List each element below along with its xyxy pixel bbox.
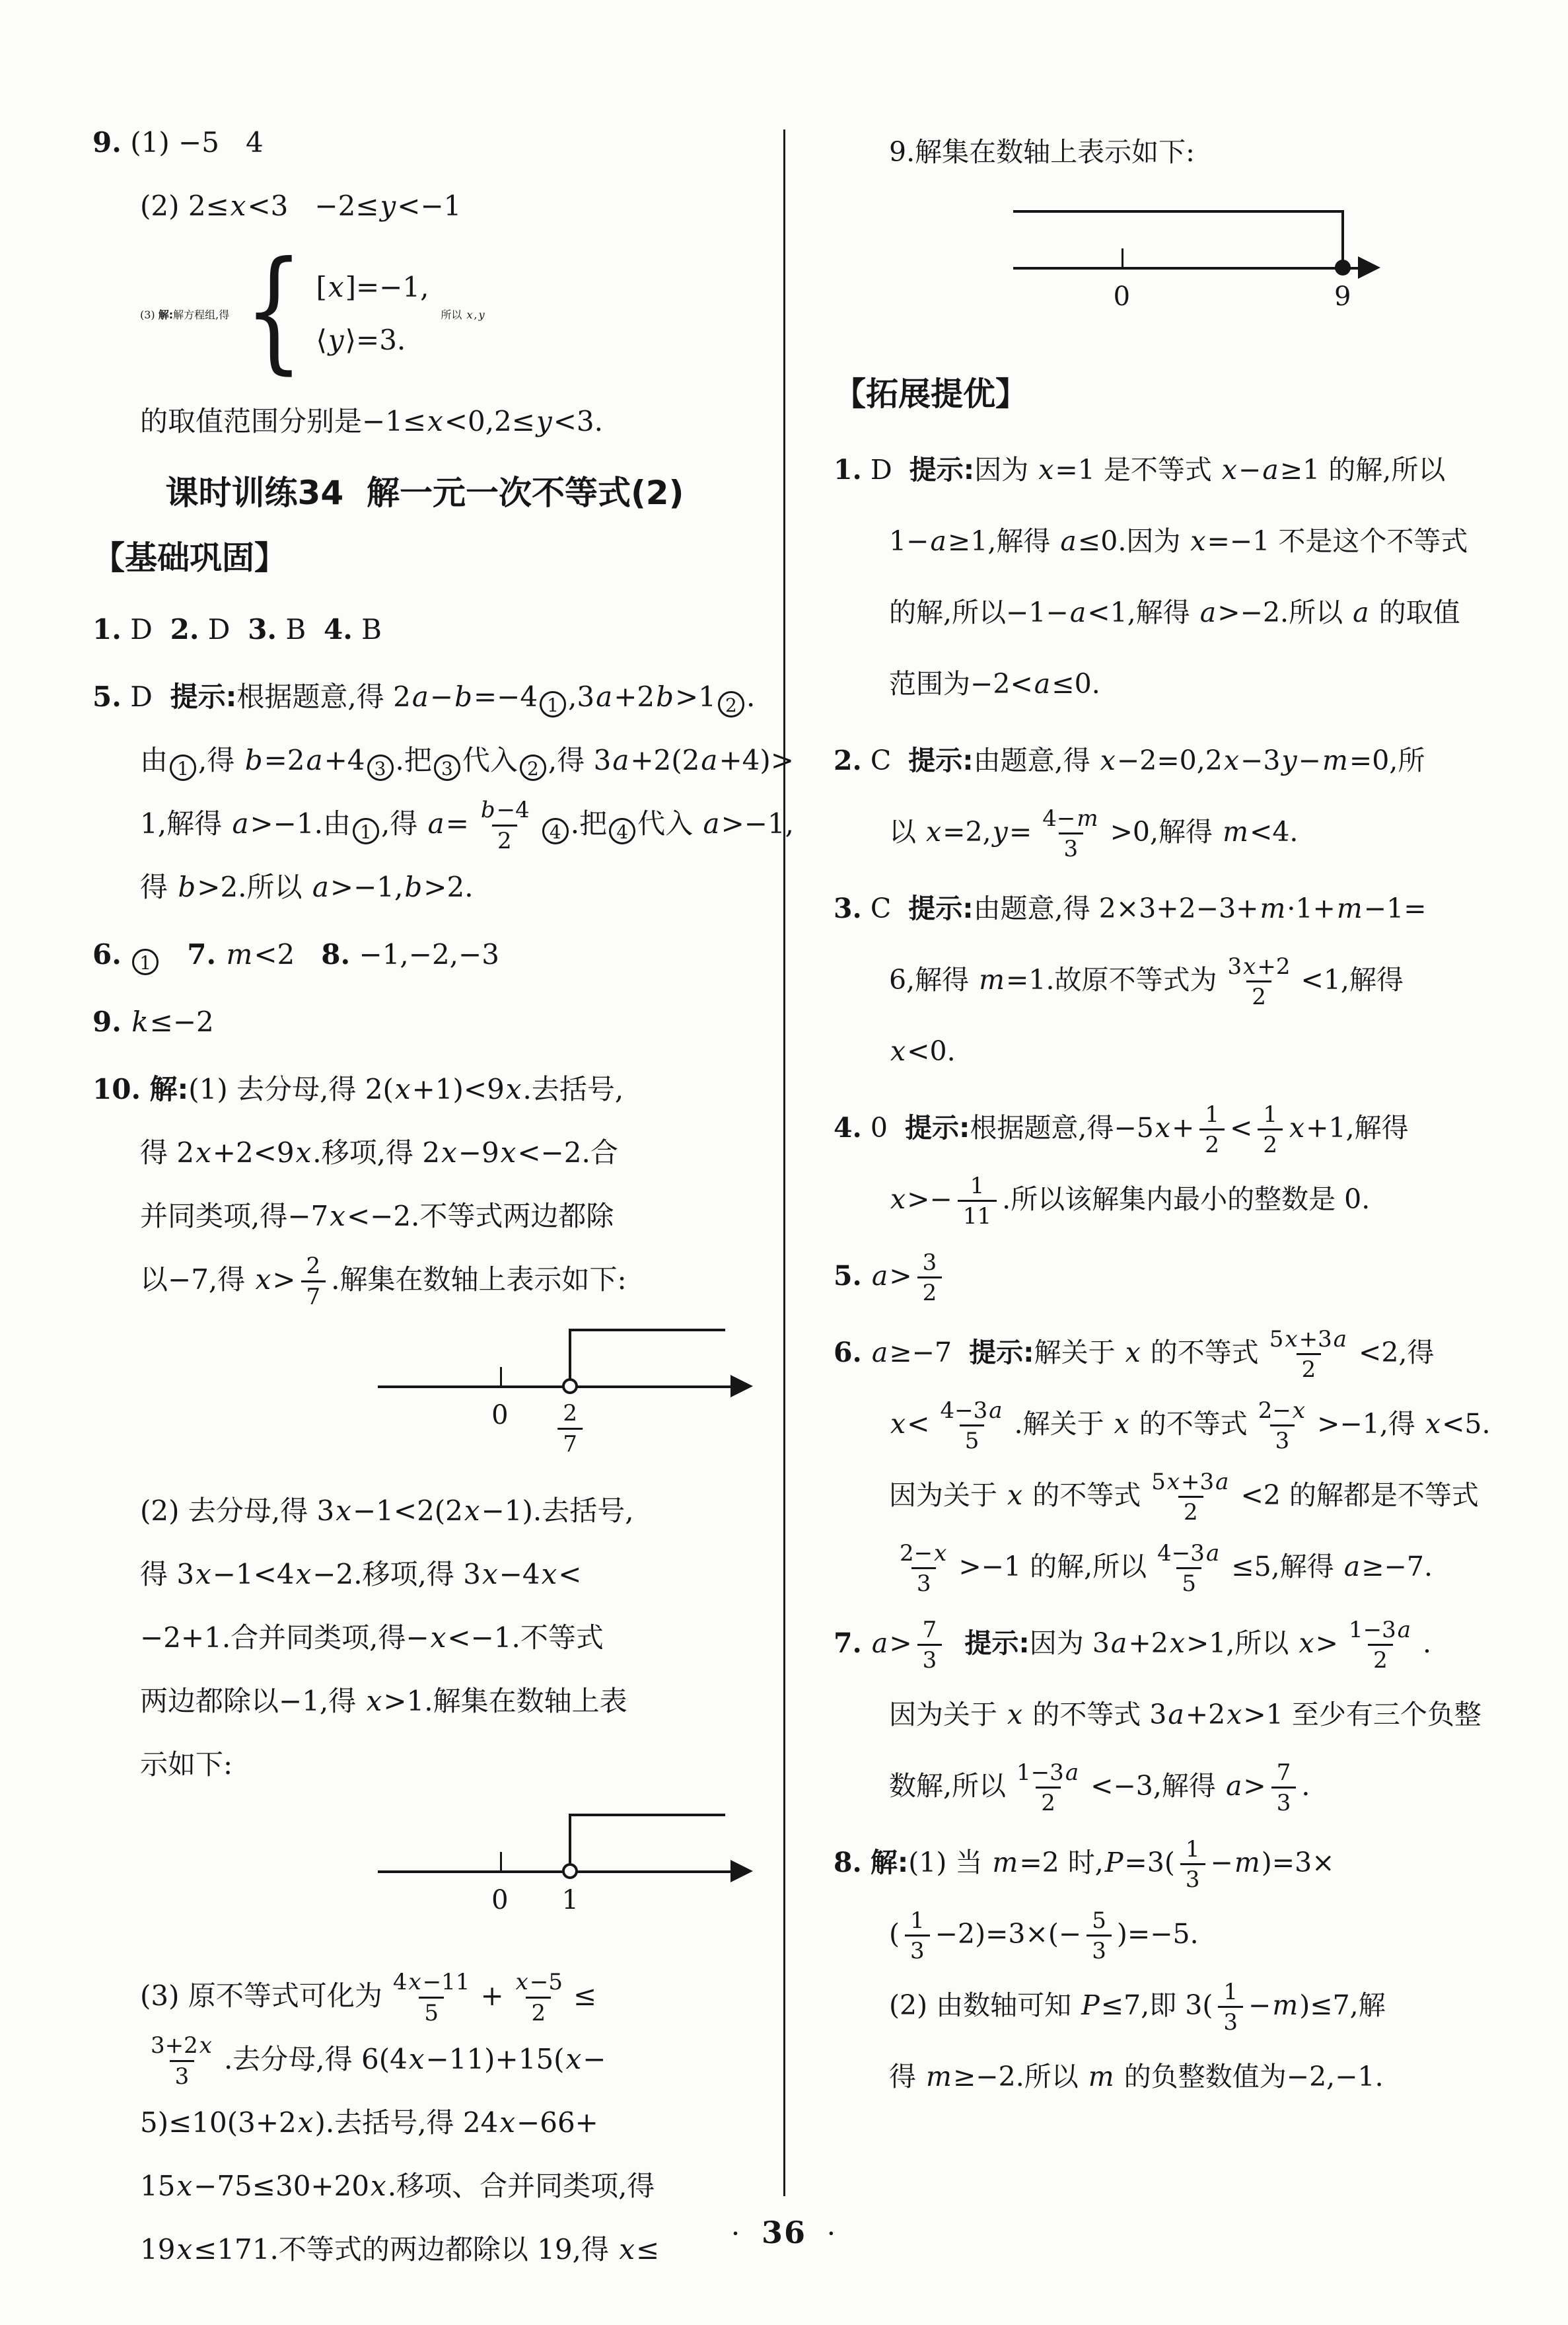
section-label-extension: 【拓展提优】 [834, 375, 1524, 414]
text-line: 1. D 2. D 3. B 4. B [140, 598, 757, 661]
circled-number: 1 [170, 755, 196, 781]
answers-6-8: 6. 1 7. m<2 8. −1,−2,−3 [92, 923, 757, 986]
text-line: 得 b>2.所以 a>−1,b>2. [140, 856, 757, 919]
tick-label: 0 [491, 1886, 508, 1914]
text-line: 由1,得 b=2a+43.把3代入2,得 3a+2(2a+4)> [140, 729, 757, 792]
fraction: 1−3a2 [1343, 1618, 1417, 1673]
fraction: 5x+3a2 [1146, 1470, 1235, 1525]
text-line: 并同类项,得−7x<−2.不等式两边都除 [140, 1185, 757, 1248]
text-line: (3) 解:解方程组,得 [140, 307, 229, 322]
text-line: 1. D 提示:因为 x=1 是不等式 x−a≥1 的解,所以 [889, 434, 1524, 505]
fraction: 53 [1087, 1909, 1112, 1964]
number-line-x-lessequal-9: 0 9 [1013, 198, 1375, 351]
ext-item-3: 3. C 提示:由题意,得 2×3+2−3+m·1+m−1= 6,解得 m=1.… [834, 873, 1524, 1087]
text-line: x<4−3a5.解关于 x 的不等式2−x3>−1,得 x<5. [889, 1388, 1524, 1459]
item-9: 9. k≤−2 [92, 990, 757, 1054]
text-line: 以 x=2,y=4−m3>0,解得 m<4. [889, 796, 1524, 867]
text-line: x<0. [889, 1015, 1524, 1087]
page-number: · 36 · [635, 2215, 933, 2250]
text-line: 7. a>73 提示:因为 3a+2x>1,所以 x>1−3a2. [889, 1607, 1524, 1679]
fraction: 5x+3a2 [1264, 1327, 1353, 1382]
text-line: 4. 0 提示:根据题意,得−5x+12<12x+1,解得 [889, 1092, 1524, 1163]
text-line: 得 3x−1<4x−2.移项,得 3x−4x< [140, 1543, 757, 1606]
tick-zero [500, 1367, 502, 1387]
number-line-x-greater-1: 0 1 [378, 1802, 748, 1946]
fraction: b−42 [474, 798, 535, 853]
page-number-value: 36 [762, 2215, 806, 2250]
text-line: 6. a≥−7 提示:解关于 x 的不等式5x+3a2<2,得 [889, 1317, 1524, 1388]
system-brace: { [244, 251, 303, 370]
text-line: 两边都除以−1,得 x>1.解集在数轴上表 [140, 1670, 757, 1733]
text-line: 1−a≥1,解得 a≤0.因为 x=−1 不是这个不等式 [889, 505, 1524, 577]
fraction: 73 [917, 1618, 943, 1673]
text-line: 2. C 提示:由题意,得 x−2=0,2x−3y−m=0,所 [889, 725, 1524, 796]
closed-circle-icon [1335, 260, 1351, 276]
text-line: 示如下: [140, 1733, 757, 1796]
column-divider [783, 129, 785, 2196]
ext-item-4: 4. 0 提示:根据题意,得−5x+12<12x+1,解得 x>−111.所以该… [834, 1092, 1524, 1235]
text-line: (2) 去分母,得 3x−1<2(2x−1).去括号, [140, 1479, 757, 1543]
lesson-heading: 课时训练34 解一元一次不等式(2) [92, 473, 757, 513]
section-label-basics: 【基础巩固】 [92, 539, 757, 578]
fraction: 4−m3 [1037, 807, 1104, 862]
text-line: 所以 x,y [441, 307, 485, 322]
equation: [x]=−1, [316, 272, 429, 303]
text-line: (13−2)=3×(−53)=−5. [889, 1898, 1524, 1970]
fraction: 4−3a5 [1152, 1541, 1226, 1596]
fraction: 4x−115 [388, 1970, 476, 2025]
text-line: 5)≤10(3+2x).去括号,得 24x−66+ [140, 2091, 757, 2155]
fraction: 3x+22 [1223, 955, 1296, 1010]
ext-item-1: 1. D 提示:因为 x=1 是不等式 x−a≥1 的解,所以 1−a≥1,解得… [834, 434, 1524, 720]
text-line: 10. 解:(1) 去分母,得 2(x+1)<9x.去括号, [140, 1058, 757, 1121]
circled-number: 4 [542, 818, 569, 844]
item-10-part1: 10. 解:(1) 去分母,得 2(x+1)<9x.去括号, 得 2x+2<9x… [92, 1058, 757, 1311]
text-line: 得 m≥−2.所以 m 的负整数值为−2,−1. [889, 2041, 1524, 2112]
ext-item-7: 7. a>73 提示:因为 3a+2x>1,所以 x>1−3a2. 因为关于 x… [834, 1607, 1524, 1822]
fraction: 4−3a5 [935, 1399, 1009, 1454]
open-circle-icon [562, 1863, 578, 1879]
fraction: 73 [1271, 1761, 1297, 1816]
number-line-x-greater-2-7: 0 2 7 [378, 1317, 748, 1461]
text-line: 6. 1 7. m<2 8. −1,−2,−3 [140, 923, 757, 986]
ext-item-8: 8. 解:(1) 当 m=2 时,P=3(13−m)=3× (13−2)=3×(… [834, 1827, 1524, 2112]
axis-arrow-icon [731, 1375, 753, 1397]
text-line: 因为关于 x 的不等式 3a+2x>1 至少有三个负整 [889, 1679, 1524, 1750]
axis-arrow-icon [1358, 256, 1380, 279]
tick-label: 0 [1114, 283, 1130, 311]
circled-number: 2 [718, 691, 744, 718]
ext-item-5: 5. a>32 [834, 1240, 1524, 1311]
text-line: 得 2x+2<9x.移项,得 2x−9x<−2.合 [140, 1121, 757, 1185]
fraction: 12 [1199, 1103, 1225, 1158]
axis [1013, 267, 1375, 270]
text-line: 以−7,得 x>27.解集在数轴上表示如下: [140, 1248, 757, 1311]
item-10-part3-continued: 9.解集在数轴上表示如下: [834, 116, 1524, 188]
fraction-numerator: 2 [557, 1401, 583, 1428]
ext-item-2: 2. C 提示:由题意,得 x−2=0,2x−3y−m=0,所 以 x=2,y=… [834, 725, 1524, 867]
fraction: 12 [1258, 1103, 1283, 1158]
text-line: (2) 2≤x<3 −2≤y<−1 [140, 174, 757, 238]
point-label: 1 [561, 1886, 578, 1914]
text-line: 15x−75≤30+20x.移项、合并同类项,得 [140, 2155, 757, 2218]
solution-ray [570, 1814, 725, 1816]
ext-item-6: 6. a≥−7 提示:解关于 x 的不等式5x+3a2<2,得 x<4−3a5.… [834, 1317, 1524, 1602]
tick-label: 0 [491, 1401, 508, 1429]
text-line: 5. D 提示:根据题意,得 2a−b=−41,3a+2b>12. [140, 665, 757, 729]
fraction: 13 [1218, 1980, 1243, 2035]
solution-ray [1013, 210, 1343, 213]
item-5: 5. D 提示:根据题意,得 2a−b=−41,3a+2b>12. 由1,得 b… [92, 665, 757, 919]
right-column: 9.解集在数轴上表示如下: 0 9 【拓展提优】 1. D 提示:因为 x=1 … [834, 116, 1524, 2118]
circled-number: 1 [132, 949, 159, 975]
fraction: 27 [301, 1254, 326, 1309]
equation-system: [x]=−1, ⟨y⟩=3. [316, 272, 429, 355]
text-line: x>−111.所以该解集内最小的整数是 0. [889, 1163, 1524, 1235]
fraction: 3+2x3 [145, 2034, 219, 2088]
equation-system-line: (3) 解:解方程组,得 { [x]=−1, ⟨y⟩=3. 所以 x,y [140, 238, 757, 390]
text-line: 8. 解:(1) 当 m=2 时,P=3(13−m)=3× [889, 1827, 1524, 1898]
text-line: 因为关于 x 的不等式5x+3a2<2 的解都是不等式 [889, 1459, 1524, 1531]
text-line: 9.解集在数轴上表示如下: [889, 116, 1524, 188]
text-line: 的解,所以−1−a<1,解得 a>−2.所以 a 的取值 [889, 577, 1524, 648]
scanned-answer-page: { "page": { "footer_dot": "·", "footer_n… [0, 0, 1568, 2325]
circled-number: 1 [353, 818, 379, 844]
footer-dot: · [731, 2217, 741, 2250]
text-line: 9. k≤−2 [140, 990, 757, 1054]
tick-zero [1122, 248, 1123, 268]
text-line: 3+2x3.去分母,得 6(4x−11)+15(x− [140, 2028, 757, 2091]
prev-exercise-item-9: 9. (1) −5 4 (2) 2≤x<3 −2≤y<−1 (3) 解:解方程组… [92, 111, 757, 453]
text-line: (3) 原不等式可化为4x−115+x−52≤ [140, 1964, 757, 2028]
circled-number: 4 [609, 818, 635, 844]
text-line: 的取值范围分别是−1≤x<0,2≤y<3. [140, 390, 757, 453]
fraction: 13 [905, 1909, 930, 1964]
text-line: (2) 由数轴可知 P≤7,即 3(13−m)≤7,解 [889, 1970, 1524, 2041]
open-circle-icon [562, 1378, 578, 1394]
fraction: 111 [958, 1174, 997, 1229]
fraction: x−52 [509, 1970, 568, 2025]
text-line: 5. a>32 [889, 1240, 1524, 1311]
tick-zero [500, 1852, 502, 1872]
point-label: 9 [1334, 283, 1351, 311]
circled-number: 3 [367, 755, 394, 781]
circled-number: 2 [520, 755, 546, 781]
left-column: 9. (1) −5 4 (2) 2≤x<3 −2≤y<−1 (3) 解:解方程组… [92, 111, 757, 2285]
item-10-part2: (2) 去分母,得 3x−1<2(2x−1).去括号, 得 3x−1<4x−2.… [92, 1479, 757, 1796]
fraction: 2−x3 [1253, 1399, 1312, 1454]
text-line: −2+1.合并同类项,得−x<−1.不等式 [140, 1606, 757, 1670]
text-line: 9. (1) −5 4 [140, 111, 757, 174]
text-line: 6,解得 m=1.故原不等式为3x+22<1,解得 [889, 944, 1524, 1015]
point-label: 2 7 [557, 1401, 583, 1456]
axis-arrow-icon [731, 1860, 753, 1882]
footer-dot: · [827, 2217, 837, 2250]
text-line: 2−x3>−1 的解,所以4−3a5≤5,解得 a≥−7. [889, 1531, 1524, 1602]
text-line: 1,解得 a>−1.由1,得 a=b−424.把4代入 a>−1, [140, 792, 757, 856]
fraction: 2 7 [557, 1401, 583, 1456]
fraction-denominator: 7 [557, 1428, 583, 1457]
fraction: 32 [917, 1251, 943, 1306]
equation: ⟨y⟩=3. [316, 325, 429, 355]
circled-number: 1 [540, 691, 566, 718]
answers-1-4: 1. D 2. D 3. B 4. B [92, 598, 757, 661]
solution-ray [570, 1329, 725, 1331]
text-line: 3. C 提示:由题意,得 2×3+2−3+m·1+m−1= [889, 873, 1524, 944]
text-line: 范围为−2<a≤0. [889, 648, 1524, 720]
fraction: 1−3a2 [1011, 1761, 1085, 1816]
fraction: 2−x3 [894, 1541, 953, 1596]
fraction: 13 [1180, 1837, 1205, 1892]
circled-number: 3 [434, 755, 460, 781]
text-line: 数解,所以1−3a2<−3,解得 a>73. [889, 1750, 1524, 1822]
